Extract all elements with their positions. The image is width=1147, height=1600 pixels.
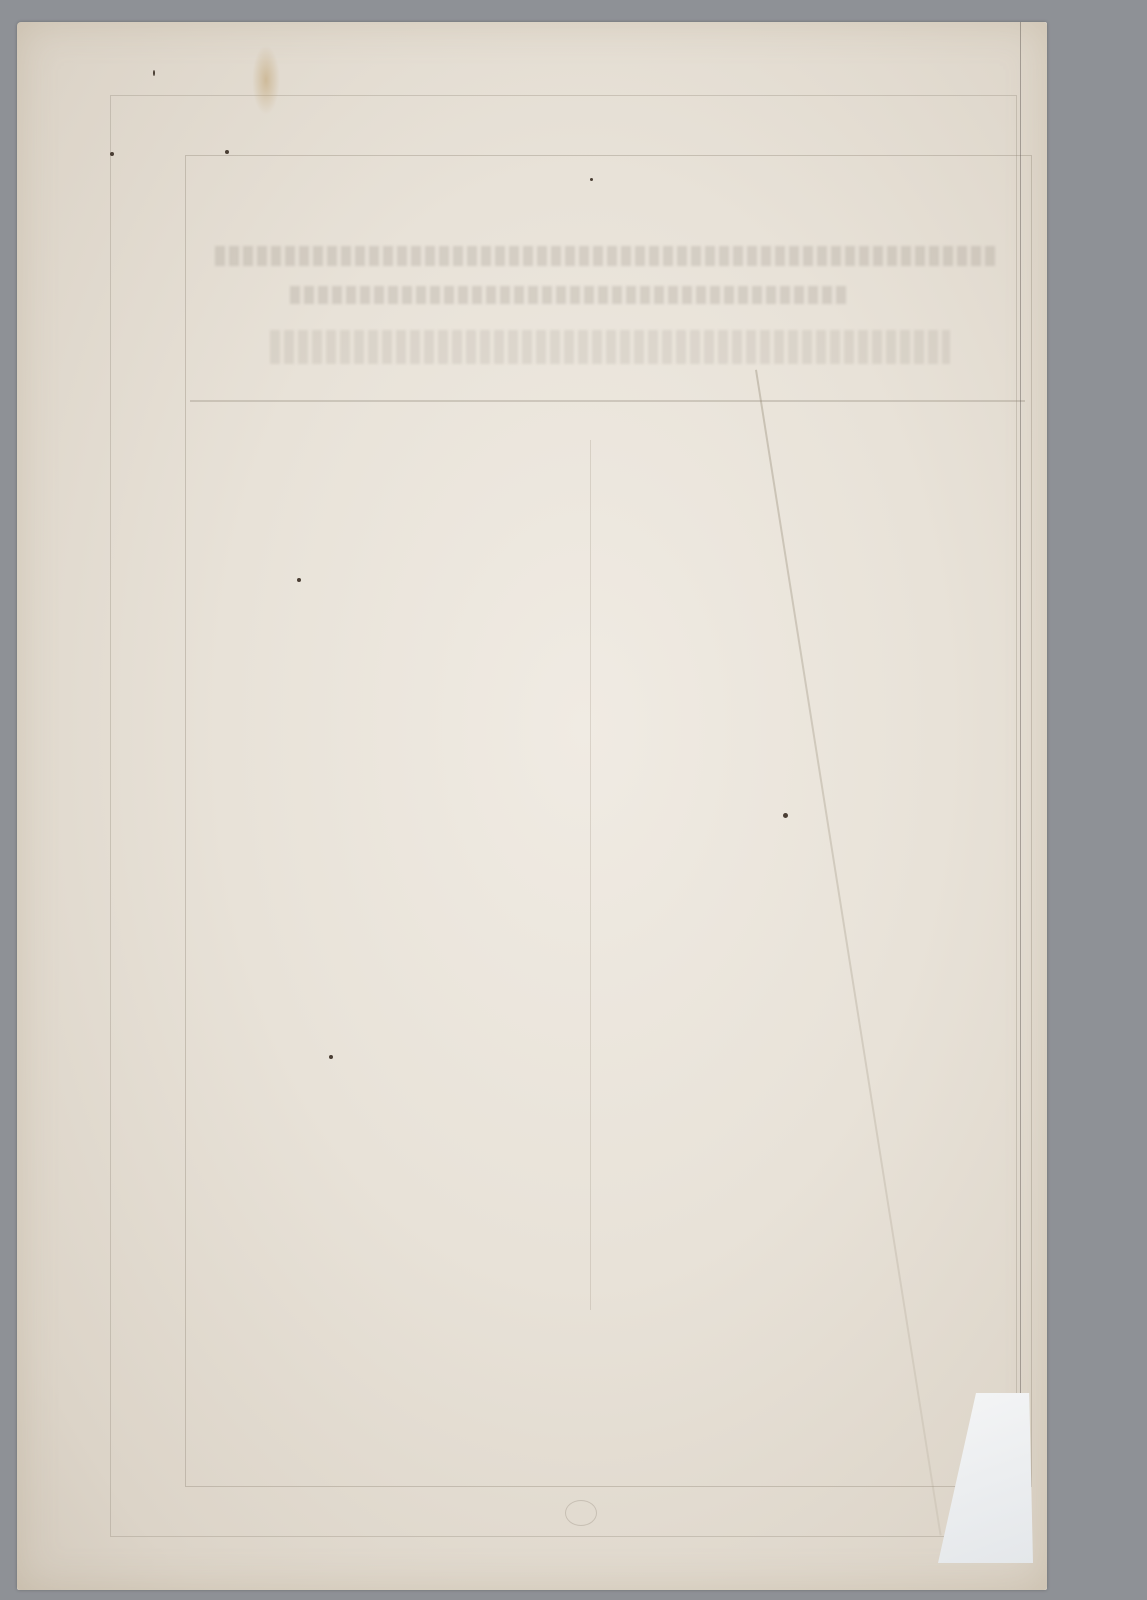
- plate-oval-mark: [565, 1500, 597, 1526]
- right-fold-line: [1020, 22, 1021, 1462]
- show-through-title-line-2: [290, 286, 850, 304]
- center-column-rule: [590, 440, 591, 1310]
- foxing-spot: [153, 70, 155, 76]
- foxing-spot: [329, 1055, 333, 1059]
- foxing-spot: [297, 578, 301, 582]
- foxing-spot: [783, 813, 788, 818]
- show-through-title-line-1: [215, 246, 995, 266]
- title-divider-rule: [190, 400, 1025, 402]
- foxing-spot: [225, 150, 229, 154]
- show-through-title-line-3: [270, 330, 950, 364]
- foxing-spot: [590, 178, 593, 181]
- foxing-spot: [110, 152, 114, 156]
- brown-stain: [252, 45, 280, 115]
